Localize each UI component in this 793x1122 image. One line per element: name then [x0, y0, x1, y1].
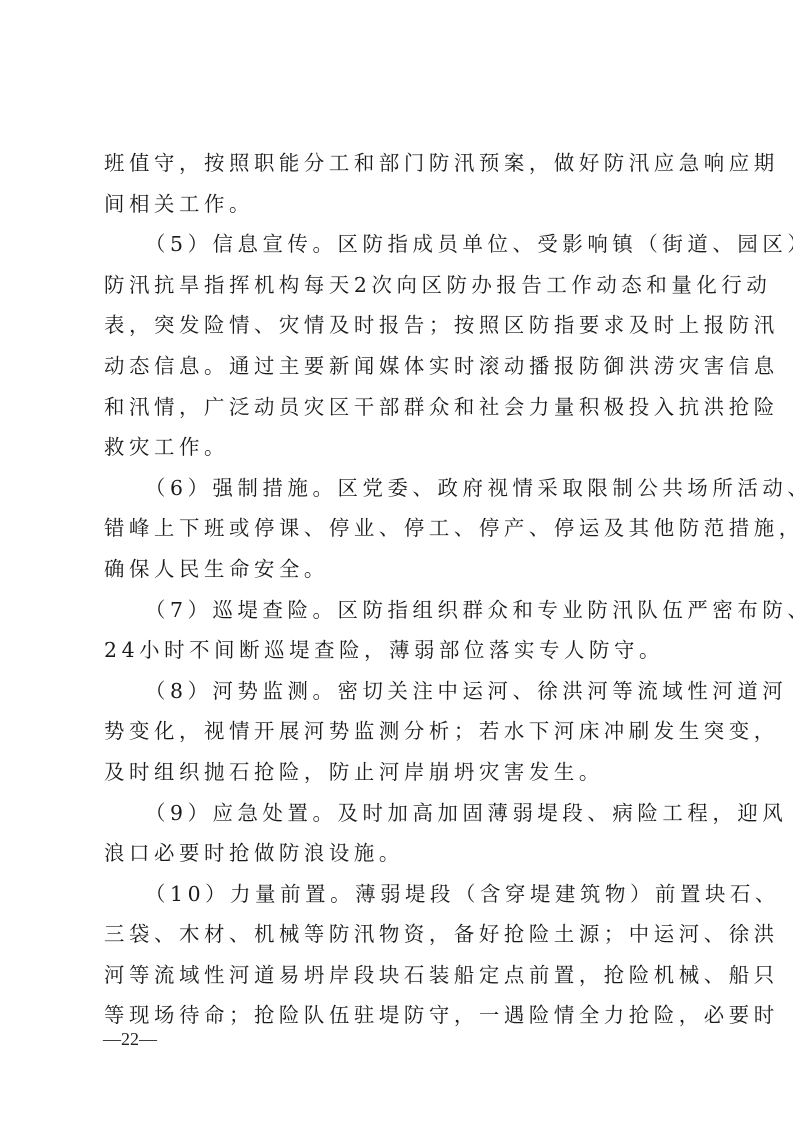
text-line: 班值守，按照职能分工和部门防汛预案，做好防汛应急响应期 — [104, 143, 692, 184]
text-line: 间相关工作。 — [104, 184, 692, 225]
text-line: 防汛抗旱指挥机构每天2次向区防办报告工作动态和量化行动 — [104, 265, 692, 306]
text-line: 浪口必要时抢做防浪设施。 — [104, 833, 692, 874]
text-line: 河等流域性河道易坍岸段块石装船定点前置，抢险机械、船只 — [104, 955, 692, 996]
text-line: 及时组织抛石抢险，防止河岸崩坍灾害发生。 — [104, 752, 692, 793]
text-line: 表，突发险情、灾情及时报告；按照区防指要求及时上报防汛 — [104, 305, 692, 346]
text-line: 救灾工作。 — [104, 427, 692, 468]
text-line: 和汛情，广泛动员灾区干部群众和社会力量积极投入抗洪抢险 — [104, 387, 692, 428]
text-line: （9）应急处置。及时加高加固薄弱堤段、病险工程，迎风 — [104, 793, 692, 834]
text-line: 动态信息。通过主要新闻媒体实时滚动播报防御洪涝灾害信息 — [104, 346, 692, 387]
paragraph-item-7-levee-patrol: （7）巡堤查险。区防指组织群众和专业防汛队伍严密布防、 24小时不间断巡堤查险，… — [104, 590, 692, 671]
paragraph-item-10-resource-prepositioning: （10）力量前置。薄弱堤段（含穿堤建筑物）前置块石、 三袋、木材、机械等防汛物资… — [104, 874, 692, 1036]
text-line: 等现场待命；抢险队伍驻堤防守，一遇险情全力抢险，必要时 — [104, 995, 692, 1036]
text-line: （10）力量前置。薄弱堤段（含穿堤建筑物）前置块石、 — [104, 874, 692, 915]
text-line: 势变化，视情开展河势监测分析；若水下河床冲刷发生突变， — [104, 711, 692, 752]
document-body: 班值守，按照职能分工和部门防汛预案，做好防汛应急响应期 间相关工作。 （5）信息… — [104, 143, 692, 1036]
text-line: 24小时不间断巡堤查险，薄弱部位落实专人防守。 — [104, 630, 692, 671]
text-line: 错峰上下班或停课、停业、停工、停产、停运及其他防范措施， — [104, 508, 692, 549]
text-line: （8）河势监测。密切关注中运河、徐洪河等流域性河道河 — [104, 671, 692, 712]
text-line: 三袋、木材、机械等防汛物资，备好抢险土源；中运河、徐洪 — [104, 914, 692, 955]
paragraph-continuation: 班值守，按照职能分工和部门防汛预案，做好防汛应急响应期 间相关工作。 — [104, 143, 692, 224]
paragraph-item-5-information-publicity: （5）信息宣传。区防指成员单位、受影响镇（街道、园区） 防汛抗旱指挥机构每天2次… — [104, 224, 692, 468]
text-line: （5）信息宣传。区防指成员单位、受影响镇（街道、园区） — [104, 224, 692, 265]
text-line: （6）强制措施。区党委、政府视情采取限制公共场所活动、 — [104, 468, 692, 509]
text-line: （7）巡堤查险。区防指组织群众和专业防汛队伍严密布防、 — [104, 590, 692, 631]
paragraph-item-6-mandatory-measures: （6）强制措施。区党委、政府视情采取限制公共场所活动、 错峰上下班或停课、停业、… — [104, 468, 692, 590]
paragraph-item-8-river-monitoring: （8）河势监测。密切关注中运河、徐洪河等流域性河道河 势变化，视情开展河势监测分… — [104, 671, 692, 793]
page-number: —22— — [103, 1029, 157, 1050]
paragraph-item-9-emergency-handling: （9）应急处置。及时加高加固薄弱堤段、病险工程，迎风 浪口必要时抢做防浪设施。 — [104, 793, 692, 874]
text-line: 确保人民生命安全。 — [104, 549, 692, 590]
